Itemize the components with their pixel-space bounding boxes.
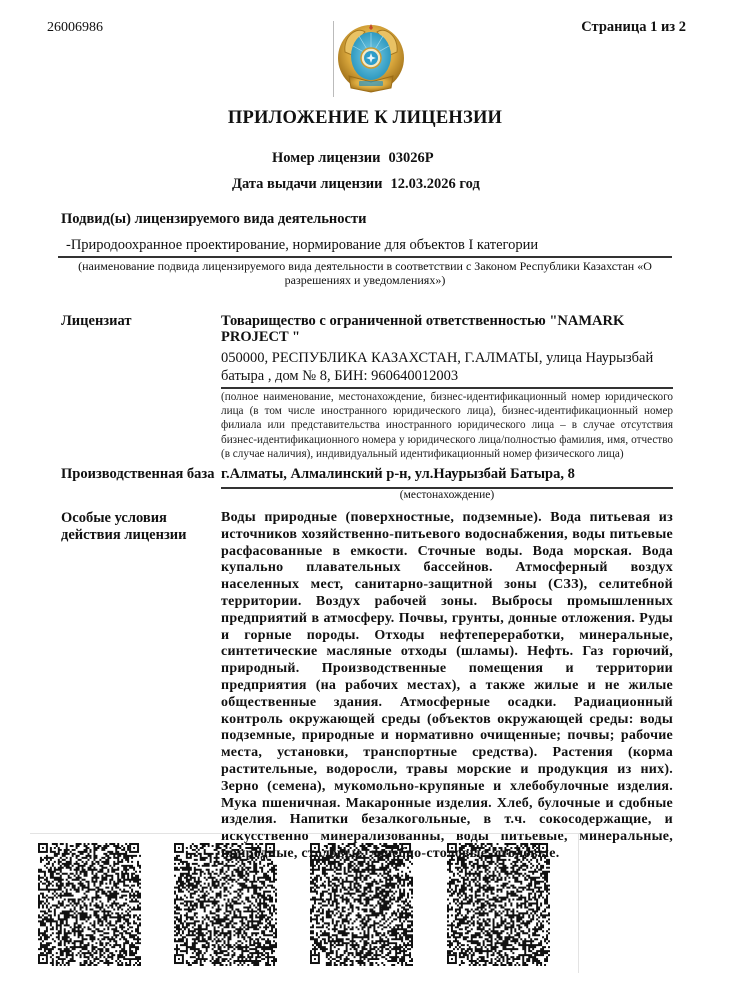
divider — [58, 256, 672, 258]
license-number-label: Номер лицензии — [272, 150, 380, 166]
production-base-note: (местонахождение) — [221, 489, 673, 501]
special-conditions-label: Особые условия действия лицензии — [61, 510, 201, 544]
qr-code-icon — [174, 843, 277, 966]
issue-date-value: 12.03.2026 год — [391, 176, 480, 192]
production-base-value: г.Алматы, Алмалинский р-н, ул.Наурызбай … — [221, 466, 575, 483]
issue-date-row: Дата выдачи лицензии12.03.2026 год — [232, 176, 480, 193]
qr-code-icon — [310, 843, 413, 966]
page-indicator: Страница 1 из 2 — [581, 19, 686, 36]
licensee-address: 050000, РЕСПУБЛИКА КАЗАХСТАН, Г.АЛМАТЫ, … — [221, 349, 673, 385]
emblem-divider — [333, 21, 334, 97]
page-title: ПРИЛОЖЕНИЕ К ЛИЦЕНЗИИ — [0, 108, 730, 129]
licensee-label: Лицензиат — [61, 313, 131, 330]
licensee-name: Товарищество с ограниченной ответственно… — [221, 313, 673, 345]
qr-code-icon — [38, 843, 141, 966]
issue-date-label: Дата выдачи лицензии — [232, 176, 383, 192]
licensee-note: (полное наименование, местонахождение, б… — [221, 390, 673, 461]
production-base-label: Производственная база — [61, 466, 215, 483]
subtypes-note: (наименование подвида лицензируемого вид… — [58, 259, 672, 287]
divider — [221, 387, 673, 389]
subtype-item: -Природоохранное проектирование, нормиро… — [66, 237, 538, 254]
qr-code-icon — [447, 843, 550, 966]
state-emblem-icon — [335, 18, 407, 98]
document-number: 26006986 — [47, 20, 103, 36]
subtypes-heading: Подвид(ы) лицензируемого вида деятельнос… — [61, 211, 366, 228]
license-number-row: Номер лицензии03026P — [272, 150, 434, 167]
special-conditions-text: Воды природные (поверхностные, подземные… — [221, 510, 673, 863]
license-number-value: 03026P — [388, 150, 433, 166]
